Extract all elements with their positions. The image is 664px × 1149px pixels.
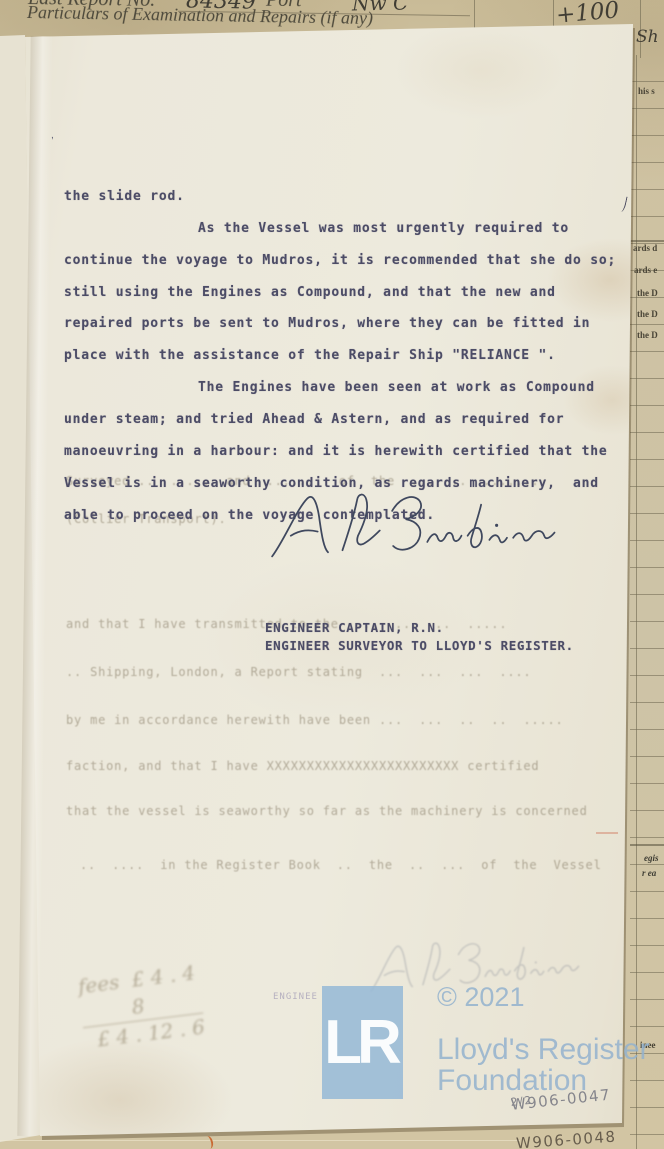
letter-line: repaired ports be sent to Mudros, where … (64, 308, 590, 340)
letter-line: The Engines have been seen at work as Co… (64, 372, 595, 404)
form-currency-fragment: Sh (636, 27, 659, 47)
signoff-title: ENGINEER SURVEYOR TO LLOYD'S REGISTER. (265, 637, 574, 655)
show-through-line: by me in accordance herewith have been .… (66, 713, 564, 727)
form-column-rule (474, 0, 475, 28)
form-edge-fragment: r ea (642, 868, 656, 878)
signoff-rank: ENGINEER CAPTAIN, R.N. (265, 619, 444, 637)
show-through-typed-fragment: ENGINEE (273, 992, 318, 1002)
letter-line: place with the assistance of the Repair … (64, 340, 556, 372)
form-edge-fragment: the D (637, 288, 658, 298)
letter-line: still using the Engines as Compound, and… (64, 277, 556, 309)
form-edge-fragment: the D (637, 309, 658, 319)
watermark-org-line1: Lloyd's Register (437, 1033, 650, 1067)
show-through-line: that the vessel is seaworthy so far as t… (66, 804, 588, 818)
form-edge-fragment: egis (644, 853, 659, 863)
letter-line: As the Vessel was most urgently required… (64, 213, 569, 245)
letter-body: the slide rod. As the Vessel was most ur… (64, 117, 639, 532)
lloyds-register-logo: LR (322, 986, 403, 1099)
form-column-rule (553, 0, 554, 27)
show-through-line: faction, and that I have XXXXXXXXXXXXXXX… (66, 759, 539, 773)
letter-line: the slide rod. (64, 181, 185, 213)
letter-line: under steam; and tried Ahead & Astern, a… (64, 404, 564, 436)
scanned-document: Last Report No. 84349 Port Nw C Particul… (0, 0, 664, 1149)
show-through-line: .. .... in the Register Book .. the .. .… (80, 858, 602, 872)
form-edge-fragment: the D (637, 330, 658, 340)
letter-line: manoeuvring in a harbour: and it is here… (64, 436, 607, 468)
watermark-copyright: © 2021 (437, 982, 524, 1013)
lr-logo-lettermark: LR (324, 1012, 397, 1074)
form-edge-fragment: his s (638, 86, 655, 96)
archive-reference-part: 2/2 (510, 1094, 533, 1109)
letter-line: continue the voyage to Mudros, it is rec… (64, 245, 616, 277)
show-through-line: .. Shipping, London, a Report stating ..… (66, 665, 531, 679)
signature-block: ENGINEER CAPTAIN, R.N. ENGINEER SURVEYOR… (265, 584, 645, 654)
red-pencil-ghost (596, 832, 618, 834)
underlying-sheet-edge (0, 1140, 520, 1141)
form-heavy-rule (630, 844, 664, 846)
signature (268, 487, 568, 572)
ink-speck: , (51, 130, 54, 141)
